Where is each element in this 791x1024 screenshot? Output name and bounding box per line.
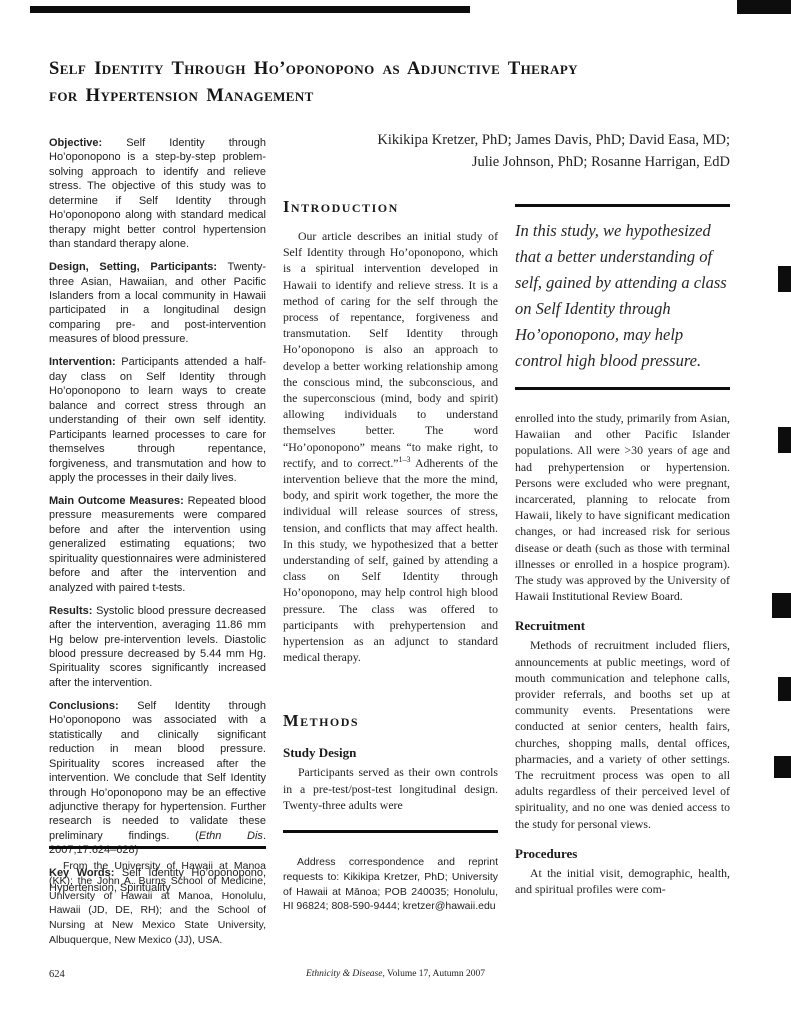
abstract-column: Objective: Self Identity through Ho’opon… bbox=[49, 136, 266, 904]
abstract-intervention-label: Intervention: bbox=[49, 356, 116, 368]
abstract-design-text: Twenty-three Asian, Hawaiian, and other … bbox=[49, 261, 266, 345]
correspondence-divider-rule bbox=[283, 830, 498, 833]
scan-mark-right-5 bbox=[774, 756, 791, 778]
introduction-text: Our article describes an initial study o… bbox=[283, 229, 498, 470]
authors-line-2: Julie Johnson, PhD; Rosanne Harrigan, Ed… bbox=[280, 152, 730, 174]
abstract-outcomes: Main Outcome Measures: Repeated blood pr… bbox=[49, 494, 266, 595]
abstract-outcomes-label: Main Outcome Measures: bbox=[49, 495, 184, 507]
scan-mark-right-3 bbox=[772, 593, 791, 618]
authors-byline: Kikikipa Kretzer, PhD; James Davis, PhD;… bbox=[280, 130, 730, 173]
abstract-conclusions-text: Self Identity through Ho’oponopono was a… bbox=[49, 700, 266, 842]
abstract-design: Design, Setting, Participants: Twenty-th… bbox=[49, 260, 266, 347]
scan-mark-right-1 bbox=[778, 266, 791, 292]
scan-mark-top bbox=[30, 6, 470, 13]
abstract-intervention-text: Participants attended a half-day class o… bbox=[49, 356, 266, 484]
recruitment-paragraph: Methods of recruitment included fliers, … bbox=[515, 637, 730, 831]
abstract-results-label: Results: bbox=[49, 605, 92, 617]
recruitment-heading: Recruitment bbox=[515, 618, 730, 634]
middle-column: Introduction Our article describes an in… bbox=[283, 197, 498, 925]
article-title: Self Identity Through Ho’oponopono as Ad… bbox=[49, 56, 689, 110]
scan-mark-top-right bbox=[737, 0, 791, 14]
affiliation-note: From the University of Hawaii at Manoa (… bbox=[49, 859, 266, 948]
footnote-divider-rule bbox=[49, 846, 266, 849]
authors-line-1: Kikikipa Kretzer, PhD; James Davis, PhD;… bbox=[280, 130, 730, 152]
pull-quote: In this study, we hypothesized that a be… bbox=[515, 204, 730, 390]
scan-mark-right-2 bbox=[778, 427, 791, 453]
citation-journal-name: Ethn Dis bbox=[199, 830, 263, 842]
journal-volume: Volume 17, Autumn 2007 bbox=[385, 969, 485, 979]
procedures-paragraph: At the initial visit, demographic, healt… bbox=[515, 865, 730, 897]
abstract-design-label: Design, Setting, Participants: bbox=[49, 261, 217, 273]
introduction-paragraph: Our article describes an initial study o… bbox=[283, 228, 498, 665]
introduction-heading: Introduction bbox=[283, 197, 498, 217]
abstract-conclusions: Conclusions: Self Identity through Ho’op… bbox=[49, 699, 266, 858]
study-design-heading: Study Design bbox=[283, 745, 498, 761]
abstract-objective-text: Self Identity through Ho’oponopono is a … bbox=[49, 137, 266, 250]
abstract-intervention: Intervention: Participants attended a ha… bbox=[49, 355, 266, 485]
journal-footer: Ethnicity & Disease, Volume 17, Autumn 2… bbox=[0, 969, 791, 979]
abstract-objective-label: Objective: bbox=[49, 137, 102, 149]
abstract-conclusions-label: Conclusions: bbox=[49, 700, 119, 712]
correspondence-note: Address correspondence and reprint reque… bbox=[283, 855, 498, 914]
scan-mark-right-4 bbox=[778, 677, 791, 701]
reference-superscript: 1–3 bbox=[399, 455, 411, 464]
methods-heading: Methods bbox=[283, 711, 498, 731]
article-title-line-1: Self Identity Through Ho’oponopono as Ad… bbox=[49, 56, 689, 83]
journal-page: Self Identity Through Ho’oponopono as Ad… bbox=[0, 0, 791, 1024]
abstract-results: Results: Systolic blood pressure decreas… bbox=[49, 604, 266, 691]
journal-name: Ethnicity & Disease, bbox=[306, 969, 385, 979]
article-title-line-2: for Hypertension Management bbox=[49, 83, 689, 110]
abstract-results-text: Systolic blood pressure decreased after … bbox=[49, 605, 266, 689]
introduction-text-continued: Adherents of the intervention believe th… bbox=[283, 456, 498, 664]
study-design-paragraph: Participants served as their own control… bbox=[283, 764, 498, 813]
right-column: In this study, we hypothesized that a be… bbox=[515, 204, 730, 897]
procedures-heading: Procedures bbox=[515, 846, 730, 862]
abstract-objective: Objective: Self Identity through Ho’opon… bbox=[49, 136, 266, 252]
methods-continuation-paragraph: enrolled into the study, primarily from … bbox=[515, 410, 730, 604]
abstract-outcomes-text: Repeated blood pressure measurements wer… bbox=[49, 495, 266, 594]
